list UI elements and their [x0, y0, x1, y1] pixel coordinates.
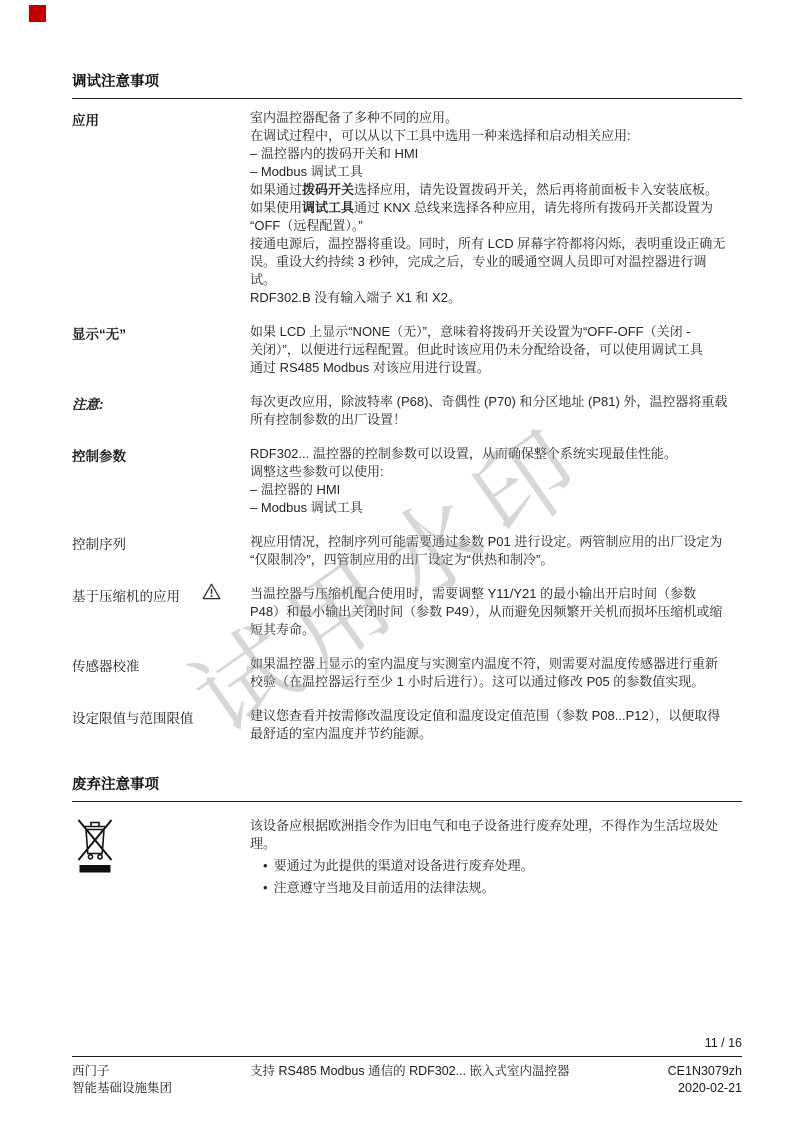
footer-company-block: 西门子 智能基础设施集团 [72, 1063, 250, 1097]
text-line: 接通电源后，温控器将重设。同时，所有 LCD 屏幕字符都将闪烁，表明重设正确无 [250, 235, 742, 253]
document-page: 试用水印 调试注意事项 应用室内温控器配备了多种不同的应用。在调试过程中，可以从… [0, 0, 794, 1123]
section-body: 建议您查看并按需修改温度设定值和温度设定值范围（参数 P08...P12），以便… [250, 707, 742, 743]
section-row: 应用室内温控器配备了多种不同的应用。在调试过程中，可以从以下工具中选用一种来选择… [72, 109, 742, 307]
bullet-text: 要通过为此提供的渠道对设备进行废弃处理。 [274, 858, 534, 873]
footer-company-name: 西门子 [72, 1063, 250, 1080]
section-label: 传感器校准 [72, 659, 140, 674]
text-line: 短其寿命。 [250, 621, 742, 639]
text-line: 误。重设大约持续 3 秒钟，完成之后，专业的暖通空调人员即可对温控器进行调 [250, 253, 742, 271]
text-line: RDF302... 温控器的控制参数可以设置，从而确保整个系统实现最佳性能。 [250, 445, 742, 463]
footer-doc-title: 支持 RS485 Modbus 通信的 RDF302... 嵌入式室内温控器 [250, 1063, 668, 1097]
text-line: “仅限制冷”，四管制应用的出厂设定为“供热和制冷”。 [250, 551, 742, 569]
section-row: 显示“无”如果 LCD 上显示“NONE（无）”，意味着将拨码开关设置为“OFF… [72, 323, 742, 377]
text-line: 试。 [250, 271, 742, 289]
section-label: 控制序列 [72, 537, 126, 552]
section-label-cell: 传感器校准 [72, 655, 250, 691]
section-row: 控制参数RDF302... 温控器的控制参数可以设置，从而确保整个系统实现最佳性… [72, 445, 742, 517]
footer-doc-id: CE1N3079zh [668, 1063, 742, 1080]
page-number: 11 / 16 [705, 1036, 742, 1050]
section-label: 设定限值与范围限值 [72, 711, 194, 726]
section-label-cell: 控制序列 [72, 533, 250, 569]
section-row: 控制序列视应用情况，控制序列可能需要通过参数 P01 进行设定。两管制应用的出厂… [72, 533, 742, 569]
text-line: 如果通过拨码开关选择应用，请先设置拨码开关，然后再将前面板卡入安装底板。 [250, 181, 742, 199]
text-line: 如果 LCD 上显示“NONE（无）”，意味着将拨码开关设置为“OFF-OFF（… [250, 323, 742, 341]
content-area: 调试注意事项 应用室内温控器配备了多种不同的应用。在调试过程中，可以从以下工具中… [72, 70, 742, 897]
heading-commissioning-notes: 调试注意事项 [72, 70, 742, 99]
section-row: 设定限值与范围限值建议您查看并按需修改温度设定值和温度设定值范围（参数 P08.… [72, 707, 742, 743]
text-line: 所有控制参数的出厂设置！ [250, 411, 742, 429]
section-row: 传感器校准如果温控器上显示的室内温度与实测室内温度不符，则需要对温度传感器进行重… [72, 655, 742, 691]
text-line: 在调试过程中，可以从以下工具中选用一种来选择和启动相关应用: [250, 127, 742, 145]
text-line: 每次更改应用，除波特率 (P68)、奇偶性 (P70) 和分区地址 (P81) … [250, 393, 742, 411]
section-label: 注意: [72, 397, 104, 412]
text-line: 当温控器与压缩机配合使用时，需要调整 Y11/Y21 的最小输出开启时间（参数 [250, 585, 742, 603]
section-body: 当温控器与压缩机配合使用时，需要调整 Y11/Y21 的最小输出开启时间（参数P… [250, 585, 742, 639]
section-row: 基于压缩机的应用 当温控器与压缩机配合使用时，需要调整 Y11/Y21 的最小输… [72, 585, 742, 639]
section-body: 每次更改应用，除波特率 (P68)、奇偶性 (P70) 和分区地址 (P81) … [250, 393, 742, 429]
section-body: 视应用情况，控制序列可能需要通过参数 P01 进行设定。两管制应用的出厂设定为“… [250, 533, 742, 569]
section-body: 如果温控器上显示的室内温度与实测室内温度不符，则需要对温度传感器进行重新校验（在… [250, 655, 742, 691]
footer-doc-date: 2020-02-21 [668, 1080, 742, 1097]
text-line: RDF302.B 没有输入端子 X1 和 X2。 [250, 289, 742, 307]
section-body: 室内温控器配备了多种不同的应用。在调试过程中，可以从以下工具中选用一种来选择和启… [250, 109, 742, 307]
text-line: 如果使用调试工具通过 KNX 总线来选择各种应用，请先将所有拨码开关都设置为 [250, 199, 742, 217]
section-label: 显示“无” [72, 327, 126, 342]
text-line: 校验（在温控器运行至少 1 小时后进行）。这可以通过修改 P05 的参数值实现。 [250, 673, 742, 691]
corner-red-square [29, 5, 46, 22]
section-body: RDF302... 温控器的控制参数可以设置，从而确保整个系统实现最佳性能。调整… [250, 445, 742, 517]
section-label-cell: 基于压缩机的应用 [72, 585, 250, 639]
text-line: 通过 RS485 Modbus 对该应用进行设置。 [250, 359, 742, 377]
heading-disposal-notes: 废弃注意事项 [72, 773, 742, 802]
section-label: 应用 [72, 113, 99, 128]
text-line: 理。 [250, 835, 742, 853]
text-line: 关闭）”，以便进行远程配置。但此时该应用仍未分配给设备，可以使用调试工具 [250, 341, 742, 359]
footer-company-division: 智能基础设施集团 [72, 1080, 250, 1097]
text-line: – Modbus 调试工具 [250, 163, 742, 181]
text-line: P48）和最小输出关闭时间（参数 P49），从而避免因频繁开关机而损坏压缩机或缩 [250, 603, 742, 621]
footer: 西门子 智能基础设施集团 支持 RS485 Modbus 通信的 RDF302.… [72, 1056, 742, 1097]
section-label-cell: 控制参数 [72, 445, 250, 517]
text-line: 最舒适的室内温度并节约能源。 [250, 725, 742, 743]
footer-doc-ref-block: CE1N3079zh 2020-02-21 [668, 1063, 742, 1097]
section-label-cell: 应用 [72, 109, 250, 307]
bullet-item: •要通过为此提供的渠道对设备进行废弃处理。 [250, 857, 742, 875]
text-line: 如果温控器上显示的室内温度与实测室内温度不符，则需要对温度传感器进行重新 [250, 655, 742, 673]
section-row: 注意:每次更改应用，除波特率 (P68)、奇偶性 (P70) 和分区地址 (P8… [72, 393, 742, 429]
weee-crossed-bin-icon [72, 817, 250, 897]
bullet-item: •注意遵守当地及目前适用的法律法规。 [250, 879, 742, 897]
text-line: – 温控器内的拨码开关和 HMI [250, 145, 742, 163]
disposal-section: 该设备应根据欧洲指令作为旧电气和电子设备进行废弃处理，不得作为生活垃圾处理。•要… [72, 817, 742, 897]
section-label-cell: 注意: [72, 393, 250, 429]
bullet-text: 注意遵守当地及目前适用的法律法规。 [274, 880, 495, 895]
bullet-icon: • [263, 858, 268, 873]
disposal-text: 该设备应根据欧洲指令作为旧电气和电子设备进行废弃处理，不得作为生活垃圾处理。•要… [250, 817, 742, 897]
bullet-icon: • [263, 880, 268, 895]
commissioning-sections: 应用室内温控器配备了多种不同的应用。在调试过程中，可以从以下工具中选用一种来选择… [72, 109, 742, 743]
section-label-cell: 显示“无” [72, 323, 250, 377]
text-line: 室内温控器配备了多种不同的应用。 [250, 109, 742, 127]
text-line: – Modbus 调试工具 [250, 499, 742, 517]
text-line: 调整这些参数可以使用: [250, 463, 742, 481]
text-line: 视应用情况，控制序列可能需要通过参数 P01 进行设定。两管制应用的出厂设定为 [250, 533, 742, 551]
section-label: 基于压缩机的应用 [72, 589, 180, 604]
section-label: 控制参数 [72, 449, 126, 464]
section-body: 如果 LCD 上显示“NONE（无）”，意味着将拨码开关设置为“OFF-OFF（… [250, 323, 742, 377]
text-line: “OFF（远程配置）。” [250, 217, 742, 235]
text-line: 该设备应根据欧洲指令作为旧电气和电子设备进行废弃处理，不得作为生活垃圾处 [250, 817, 742, 835]
text-line: – 温控器的 HMI [250, 481, 742, 499]
text-line: 建议您查看并按需修改温度设定值和温度设定值范围（参数 P08...P12），以便… [250, 707, 742, 725]
section-label-cell: 设定限值与范围限值 [72, 707, 250, 743]
warning-triangle-icon [202, 583, 221, 600]
